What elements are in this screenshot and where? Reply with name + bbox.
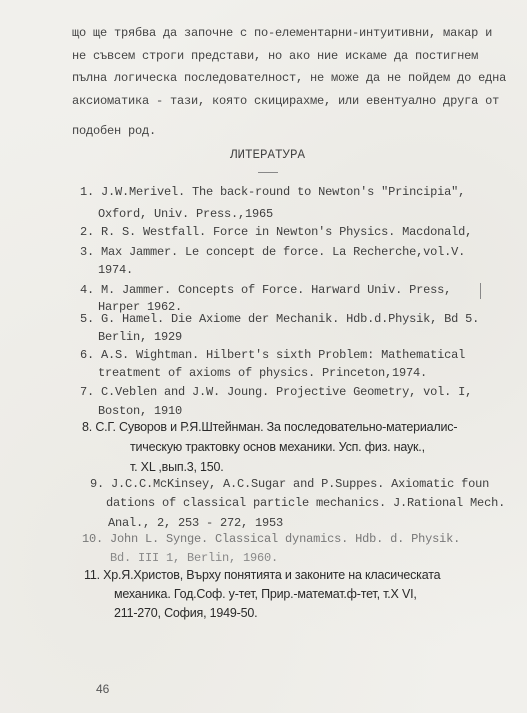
reference-line: Хр.Я.Христов, Върху понятията и законите…	[103, 568, 440, 582]
reference-item: 2. R. S. Westfall. Force in Newton's Phy…	[80, 225, 472, 239]
reference-item: 7. C.Veblen and J.W. Joung. Projective G…	[80, 385, 472, 399]
reference-number: 7.	[80, 385, 94, 399]
reference-continuation: Bd. III 1, Berlin, 1960.	[110, 551, 278, 565]
reference-item: 10. John L. Synge. Classical dynamics. H…	[82, 532, 460, 546]
reference-continuation: 211-270, София, 1949-50.	[114, 606, 257, 620]
reference-number: 1.	[80, 185, 94, 199]
reference-number: 6.	[80, 348, 94, 362]
reference-continuation: Boston, 1910	[98, 404, 182, 418]
margin-bracket-mark	[480, 283, 481, 299]
reference-item: 9. J.C.C.McKinsey, A.C.Sugar and P.Suppe…	[90, 477, 489, 491]
reference-continuation: Anal., 2, 253 - 272, 1953	[108, 516, 283, 530]
page-number: 46	[96, 682, 109, 696]
closing-paragraph: що ще трябва да започне с по-елементарни…	[72, 22, 512, 143]
reference-continuation: Oxford, Univ. Press.,1965	[98, 207, 273, 221]
reference-number: 3.	[80, 245, 94, 259]
reference-continuation: тическую трактовку основ механики. Усп. …	[130, 440, 425, 454]
reference-continuation: 1974.	[98, 263, 133, 277]
reference-item: 11. Хр.Я.Христов, Върху понятията и зако…	[84, 568, 440, 582]
paragraph-line: пълна логическа последователност, не мож…	[72, 67, 512, 90]
reference-line: R. S. Westfall. Force in Newton's Physic…	[101, 225, 472, 239]
reference-item: 8. С.Г. Суворов и Р.Я.Штейнман. За после…	[82, 420, 457, 434]
reference-continuation: dations of classical particle mechanics.…	[106, 496, 505, 510]
paragraph-line: подобен род.	[72, 120, 512, 143]
scanned-page: що ще трябва да започне с по-елементарни…	[0, 0, 527, 713]
reference-line: G. Hamel. Die Axiome der Mechanik. Hdb.d…	[101, 312, 479, 326]
heading-underline-mark	[258, 172, 278, 173]
reference-continuation: механика. Год.Соф. у-тет, Прир.-математ.…	[114, 587, 417, 601]
reference-number: 8.	[82, 420, 92, 434]
reference-item: 4. M. Jammer. Concepts of Force. Harward…	[80, 283, 451, 297]
reference-line: A.S. Wightman. Hilbert's sixth Problem: …	[101, 348, 465, 362]
reference-line: M. Jammer. Concepts of Force. Harward Un…	[101, 283, 451, 297]
reference-continuation: т. XL ,вып.3, 150.	[130, 460, 224, 474]
reference-continuation: treatment of axioms of physics. Princeto…	[98, 366, 427, 380]
reference-item: 6. A.S. Wightman. Hilbert's sixth Proble…	[80, 348, 465, 362]
reference-number: 4.	[80, 283, 94, 297]
reference-line: J.W.Merivel. The back-round to Newton's …	[101, 185, 465, 199]
reference-item: 1. J.W.Merivel. The back-round to Newton…	[80, 185, 465, 199]
reference-number: 9.	[90, 477, 104, 491]
reference-line: С.Г. Суворов и Р.Я.Штейнман. За последов…	[95, 420, 457, 434]
reference-line: J.C.C.McKinsey, A.C.Sugar and P.Suppes. …	[111, 477, 489, 491]
reference-number: 2.	[80, 225, 94, 239]
reference-number: 10.	[82, 532, 103, 546]
reference-number: 5.	[80, 312, 94, 326]
reference-line: John L. Synge. Classical dynamics. Hdb. …	[110, 532, 460, 546]
reference-item: 5. G. Hamel. Die Axiome der Mechanik. Hd…	[80, 312, 479, 326]
paragraph-line: що ще трябва да започне с по-елементарни…	[72, 22, 512, 45]
reference-continuation: Berlin, 1929	[98, 330, 182, 344]
reference-item: 3. Max Jammer. Le concept de force. La R…	[80, 245, 465, 259]
section-heading: ЛИТЕРАТУРА	[230, 148, 305, 162]
paragraph-line: не съвсем строги представи, но ако ние и…	[72, 45, 512, 68]
reference-number: 11.	[84, 568, 100, 582]
paragraph-line: аксиоматика - тази, която скицирахме, ил…	[72, 90, 512, 113]
reference-line: C.Veblen and J.W. Joung. Projective Geom…	[101, 385, 472, 399]
reference-line: Max Jammer. Le concept de force. La Rech…	[101, 245, 465, 259]
